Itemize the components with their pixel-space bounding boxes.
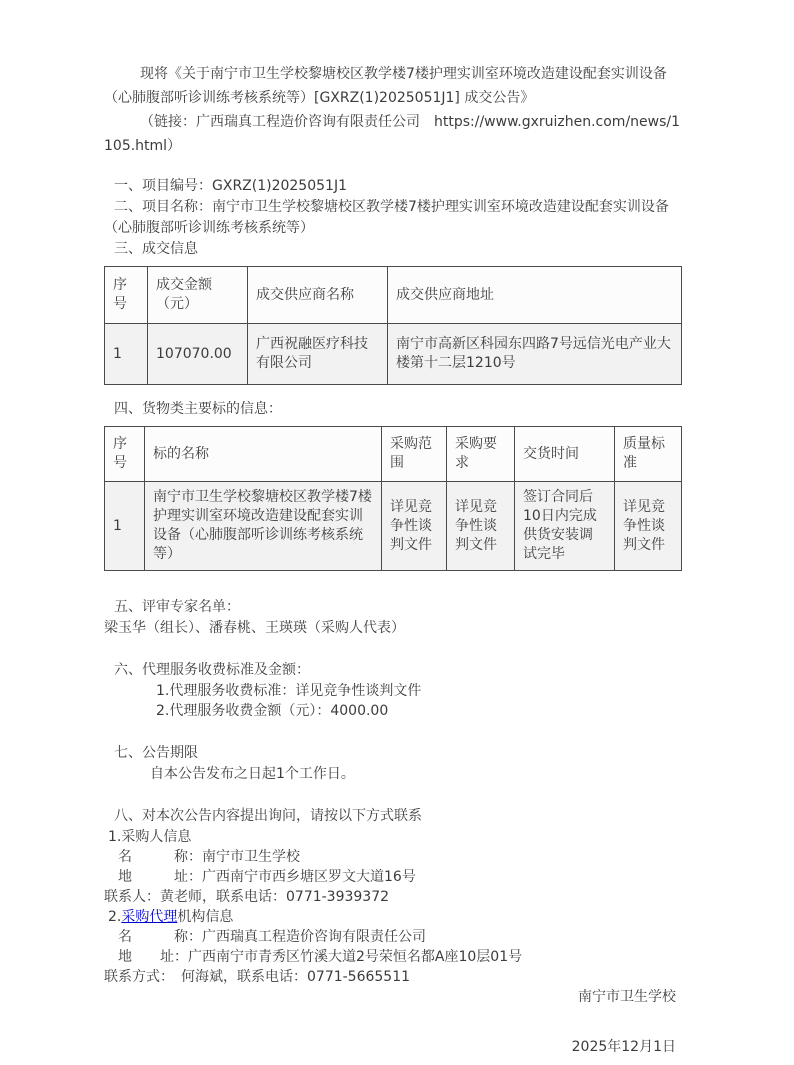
purchaser-contact: 联系人：黄老师，联系电话：0771-3939372 bbox=[104, 887, 681, 907]
section-2-project-name: 二、项目名称：南宁市卫生学校黎塘校区教学楼7楼护理实训室环境改造建设配套实训设备… bbox=[104, 197, 681, 239]
agency-address: 地 址：广西南宁市青秀区竹溪大道2号荣恒名都A座10层01号 bbox=[104, 947, 681, 967]
agency-heading-prefix: 2. bbox=[108, 909, 121, 925]
header-cell-subject-name: 标的名称 bbox=[145, 427, 382, 482]
header-cell-seq: 序号 bbox=[105, 267, 148, 324]
section-7-notice-period-title: 七、公告期限 bbox=[104, 743, 681, 764]
section-8-contact-title: 八、对本次公告内容提出询问，请按以下方式联系 bbox=[104, 806, 681, 827]
goods-table-row: 1 南宁市卫生学校黎塘校区教学楼7楼护理实训室环境改造建设配套实训设备（心肺腹部… bbox=[105, 482, 682, 571]
section-3-deal-info-title: 三、成交信息 bbox=[104, 239, 681, 260]
agency-name: 名 称：广西瑞真工程造价咨询有限责任公司 bbox=[104, 927, 681, 947]
table-cell-scope: 详见竞争性谈判文件 bbox=[382, 482, 447, 571]
intro-link-paragraph: （链接：广西瑞真工程造价咨询有限责任公司 https://www.gxruizh… bbox=[104, 110, 681, 158]
section-5-experts-title: 五、评审专家名单： bbox=[104, 597, 681, 618]
section-1-project-number: 一、项目编号：GXRZ(1)2025051J1 bbox=[104, 176, 681, 197]
header-cell-supplier-name: 成交供应商名称 bbox=[248, 267, 388, 324]
deal-table-header-row: 序号 成交金额（元） 成交供应商名称 成交供应商地址 bbox=[105, 267, 682, 324]
purchaser-name: 名 称：南宁市卫生学校 bbox=[104, 847, 681, 867]
agency-fee-amount: 2.代理服务收费金额（元）：4000.00 bbox=[104, 701, 681, 721]
purchaser-address: 地 址：广西南宁市西乡塘区罗文大道16号 bbox=[104, 867, 681, 887]
goods-table-header-row: 序号 标的名称 采购范围 采购要求 交货时间 质量标准 bbox=[105, 427, 682, 482]
header-cell-quality-standard: 质量标准 bbox=[615, 427, 682, 482]
spacer bbox=[104, 158, 681, 176]
table-cell-supplier-name: 广西祝融医疗科技有限公司 bbox=[248, 324, 388, 385]
header-cell-supplier-address: 成交供应商地址 bbox=[388, 267, 682, 324]
goods-info-table: 序号 标的名称 采购范围 采购要求 交货时间 质量标准 1 南宁市卫生学校黎塘校… bbox=[104, 426, 682, 571]
table-cell-requirement: 详见竞争性谈判文件 bbox=[447, 482, 515, 571]
deal-table-row: 1 107070.00 广西祝融医疗科技有限公司 南宁市高新区科园东四路7号远信… bbox=[105, 324, 682, 385]
purchaser-info-heading: 1.采购人信息 bbox=[104, 827, 681, 847]
agency-info-heading: 2.采购代理机构信息 bbox=[104, 907, 681, 927]
experts-list: 梁玉华（组长）、潘春桃、王瑛瑛（采购人代表） bbox=[104, 618, 681, 638]
table-cell-quality-standard: 详见竞争性谈判文件 bbox=[615, 482, 682, 571]
notice-period-body: 自本公告发布之日起1个工作日。 bbox=[104, 764, 681, 784]
signature-org: 南宁市卫生学校 bbox=[104, 987, 681, 1007]
table-cell-delivery-time: 签订合同后10日内完成供货安装调试完毕 bbox=[515, 482, 615, 571]
intro-paragraph: 现将《关于南宁市卫生学校黎塘校区教学楼7楼护理实训室环境改造建设配套实训设备（心… bbox=[104, 62, 681, 110]
section-4-goods-title: 四、货物类主要标的信息： bbox=[104, 399, 681, 420]
header-cell-requirement: 采购要求 bbox=[447, 427, 515, 482]
header-cell-scope: 采购范围 bbox=[382, 427, 447, 482]
deal-info-table: 序号 成交金额（元） 成交供应商名称 成交供应商地址 1 107070.00 广… bbox=[104, 266, 682, 385]
header-cell-amount: 成交金额（元） bbox=[148, 267, 248, 324]
table-cell-seq: 1 bbox=[105, 482, 145, 571]
document-page: 现将《关于南宁市卫生学校黎塘校区教学楼7楼护理实训室环境改造建设配套实训设备（心… bbox=[0, 0, 794, 1065]
table-cell-amount: 107070.00 bbox=[148, 324, 248, 385]
procurement-agency-link[interactable]: 采购代理 bbox=[121, 909, 177, 925]
signature-date: 2025年12月1日 bbox=[104, 1037, 681, 1057]
agency-contact: 联系方式： 何海斌，联系电话：0771-5665511 bbox=[104, 967, 681, 987]
table-cell-supplier-address: 南宁市高新区科园东四路7号远信光电产业大楼第十二层1210号 bbox=[388, 324, 682, 385]
agency-heading-suffix: 机构信息 bbox=[177, 909, 233, 925]
table-cell-subject-name: 南宁市卫生学校黎塘校区教学楼7楼护理实训室环境改造建设配套实训设备（心肺腹部听诊… bbox=[145, 482, 382, 571]
table-cell-seq: 1 bbox=[105, 324, 148, 385]
header-cell-seq: 序号 bbox=[105, 427, 145, 482]
section-6-agency-fee-title: 六、代理服务收费标准及金额： bbox=[104, 660, 681, 681]
agency-fee-standard: 1.代理服务收费标准：详见竞争性谈判文件 bbox=[104, 681, 681, 701]
header-cell-delivery-time: 交货时间 bbox=[515, 427, 615, 482]
